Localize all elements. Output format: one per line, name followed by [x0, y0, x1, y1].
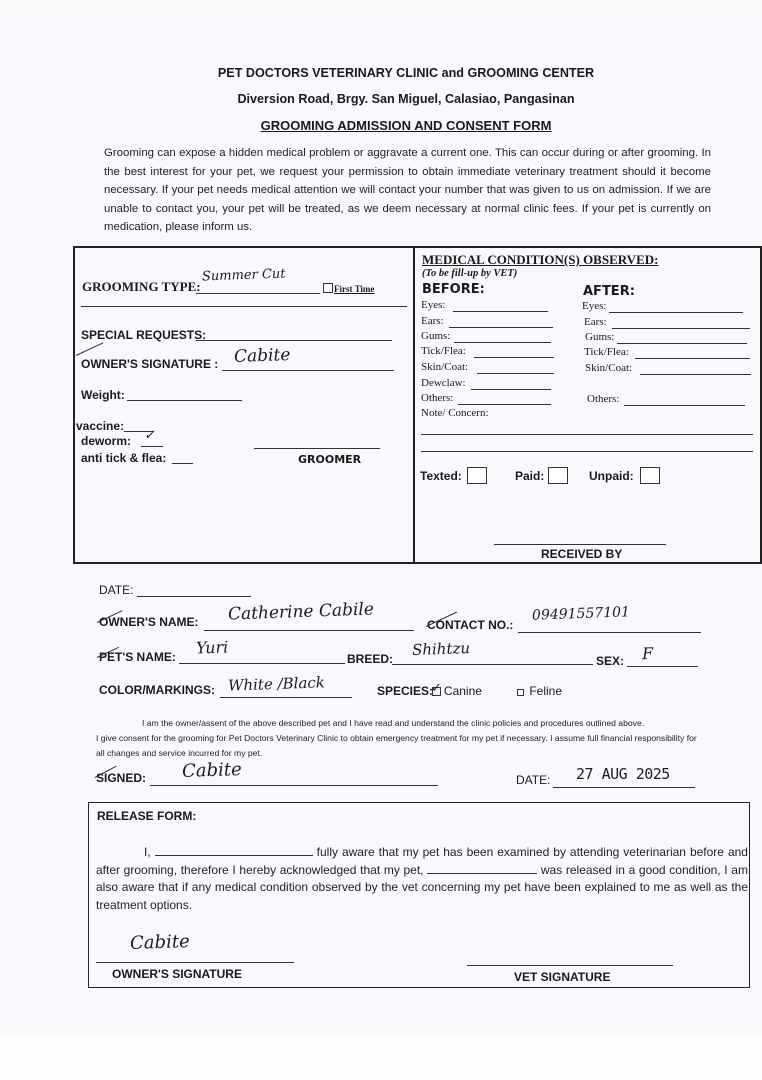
before-field-label: Gums:: [421, 330, 450, 342]
box-divider: [413, 247, 415, 563]
intro-paragraph: Grooming can expose a hidden medical pro…: [104, 144, 711, 237]
pet-name-field[interactable]: [179, 663, 345, 664]
after-field-label: Others:: [587, 393, 619, 405]
consent-paragraph: I am the owner/assent of the above descr…: [96, 716, 706, 761]
after-field-row: Others:: [587, 393, 619, 405]
sex-value: F: [642, 644, 654, 663]
after-field-row: Ears:: [584, 316, 607, 328]
before-field-label: Eyes:: [421, 299, 445, 311]
groomer-signature-line[interactable]: [254, 448, 380, 449]
consent-date-field[interactable]: [553, 787, 695, 788]
breed-field[interactable]: [392, 664, 593, 665]
release-owner-name-field[interactable]: [155, 845, 313, 856]
first-time-label: First Time: [334, 284, 374, 294]
after-field-row: Skin/Coat:: [585, 362, 632, 374]
before-field-row: Others:: [421, 392, 453, 404]
medical-subtitle: (To be fill-up by VET): [422, 268, 517, 279]
breed-label: BREED:: [347, 652, 393, 666]
after-field-row: Eyes:: [582, 300, 606, 312]
release-title: RELEASE FORM:: [97, 809, 196, 823]
after-field-input[interactable]: [624, 405, 745, 406]
before-field-row: Dewclaw:: [421, 377, 466, 389]
grooming-type-field[interactable]: [196, 293, 320, 294]
after-field-label: Ears:: [584, 316, 607, 328]
after-field-label: Gums:: [585, 331, 614, 343]
scanner-bed-area: [0, 1036, 762, 1080]
before-field-label: Ears:: [421, 315, 444, 327]
release-paragraph: I, fully aware that my pet has been exam…: [96, 844, 748, 914]
special-requests-label: SPECIAL REQUESTS:: [81, 328, 206, 342]
weight-label: Weight:: [81, 388, 125, 402]
after-label: AFTER:: [583, 284, 635, 299]
grooming-type-label: GROOMING TYPE:: [82, 279, 201, 295]
owner-name-field[interactable]: [204, 630, 414, 631]
signed-signature: Cabite: [182, 759, 242, 782]
check-mark-icon: ✓: [431, 681, 442, 696]
species-option-feline[interactable]: Feline: [517, 684, 562, 698]
before-field-input[interactable]: [454, 342, 551, 343]
vaccine-label: vaccine:: [76, 419, 124, 433]
release-owner-signature-label: OWNER'S SIGNATURE: [112, 967, 242, 981]
received-by-label: RECEIVED BY: [541, 547, 622, 561]
before-field-input[interactable]: [474, 357, 554, 358]
before-field-row: Eyes:: [421, 299, 445, 311]
owner-signature-handwriting: Cabite: [234, 345, 291, 367]
release-owner-signature-line[interactable]: [96, 962, 294, 963]
after-field-input[interactable]: [609, 312, 743, 313]
before-field-row: Gums:: [421, 330, 450, 342]
before-field-input[interactable]: [477, 373, 554, 374]
color-markings-value: White /Black: [228, 673, 325, 694]
after-field-label: Eyes:: [582, 300, 606, 312]
color-markings-field[interactable]: [220, 697, 352, 698]
after-field-row: Gums:: [585, 331, 614, 343]
species-option-canine[interactable]: ✓Canine: [432, 684, 492, 699]
color-markings-label: COLOR/MARKINGS:: [99, 683, 215, 697]
before-field-input[interactable]: [453, 311, 548, 312]
before-field-label: Dewclaw:: [421, 377, 466, 389]
before-field-input[interactable]: [471, 389, 551, 390]
after-field-input[interactable]: [612, 328, 750, 329]
grooming-type-extra-line[interactable]: [81, 306, 407, 307]
groomer-label: GROOMER: [298, 453, 361, 466]
after-field-label: Tick/Flea:: [584, 346, 629, 358]
release-owner-signature: Cabite: [130, 931, 190, 954]
before-field-row: Skin/Coat:: [421, 361, 468, 373]
clinic-address: Diversion Road, Brgy. San Miguel, Calasi…: [0, 92, 762, 106]
anti-tick-field[interactable]: [172, 463, 193, 464]
form-title: GROOMING ADMISSION AND CONSENT FORM: [0, 118, 762, 133]
note-concern-label: Note/ Concern:: [421, 407, 489, 419]
pet-name-label: PET'S NAME:: [99, 650, 176, 664]
unpaid-label: Unpaid:: [589, 469, 634, 483]
contact-value: 09491557101: [532, 604, 630, 623]
before-field-input[interactable]: [458, 404, 551, 405]
date-label: DATE:: [99, 583, 133, 597]
grooming-type-value: Summer Cut: [202, 267, 286, 285]
vet-signature-label: VET SIGNATURE: [514, 970, 610, 984]
texted-checkbox[interactable]: [467, 467, 487, 484]
note-line-2[interactable]: [421, 451, 753, 452]
release-pet-name-field[interactable]: [427, 863, 537, 874]
feline-checkbox[interactable]: [517, 689, 524, 696]
medical-title: MEDICAL CONDITION(S) OBSERVED:: [422, 252, 658, 268]
received-by-line[interactable]: [494, 544, 666, 545]
before-label: BEFORE:: [422, 282, 485, 297]
unpaid-checkbox[interactable]: [640, 467, 660, 484]
breed-value: Shihtzu: [412, 639, 471, 659]
owner-signature-label: OWNER'S SIGNATURE :: [81, 357, 218, 371]
consent-rest: I give consent for the grooming for Pet …: [96, 731, 706, 761]
date-field[interactable]: [137, 596, 251, 597]
before-field-label: Tick/Flea:: [421, 345, 466, 357]
after-field-input[interactable]: [635, 358, 750, 359]
owner-signature-field[interactable]: [222, 370, 394, 371]
species-label: SPECIES:: [377, 684, 433, 698]
first-time-checkbox[interactable]: [323, 283, 333, 293]
pet-name-value: Yuri: [196, 637, 229, 657]
after-field-input[interactable]: [617, 343, 747, 344]
before-field-row: Tick/Flea:: [421, 345, 466, 357]
vet-signature-line[interactable]: [467, 965, 673, 966]
contact-field[interactable]: [518, 632, 701, 633]
paid-label: Paid:: [515, 469, 544, 483]
anti-tick-label: anti tick & flea:: [81, 451, 166, 465]
sex-field[interactable]: [627, 666, 698, 667]
consent-date-label: DATE:: [516, 773, 550, 787]
sex-label: SEX:: [596, 654, 624, 668]
after-field-input[interactable]: [640, 374, 751, 375]
before-field-row: Ears:: [421, 315, 444, 327]
before-field-input[interactable]: [449, 327, 553, 328]
weight-field[interactable]: [127, 400, 242, 401]
clinic-name: PET DOCTORS VETERINARY CLINIC and GROOMI…: [0, 66, 762, 80]
before-field-label: Others:: [421, 392, 453, 404]
deworm-field[interactable]: [141, 446, 163, 447]
owner-name-label: OWNER'S NAME:: [99, 615, 199, 629]
before-field-label: Skin/Coat:: [421, 361, 468, 373]
texted-label: Texted:: [420, 469, 462, 483]
paid-checkbox[interactable]: [548, 467, 568, 484]
consent-date-value: 27 AUG 2025: [576, 765, 670, 783]
note-line-1[interactable]: [421, 434, 753, 435]
deworm-check-value: ✓: [144, 428, 155, 443]
after-field-label: Skin/Coat:: [585, 362, 632, 374]
signed-field[interactable]: [150, 785, 438, 786]
after-field-row: Tick/Flea:: [584, 346, 629, 358]
consent-line-1: I am the owner/assent of the above descr…: [96, 716, 706, 731]
special-requests-field[interactable]: [196, 340, 392, 341]
deworm-label: deworm:: [81, 434, 131, 448]
